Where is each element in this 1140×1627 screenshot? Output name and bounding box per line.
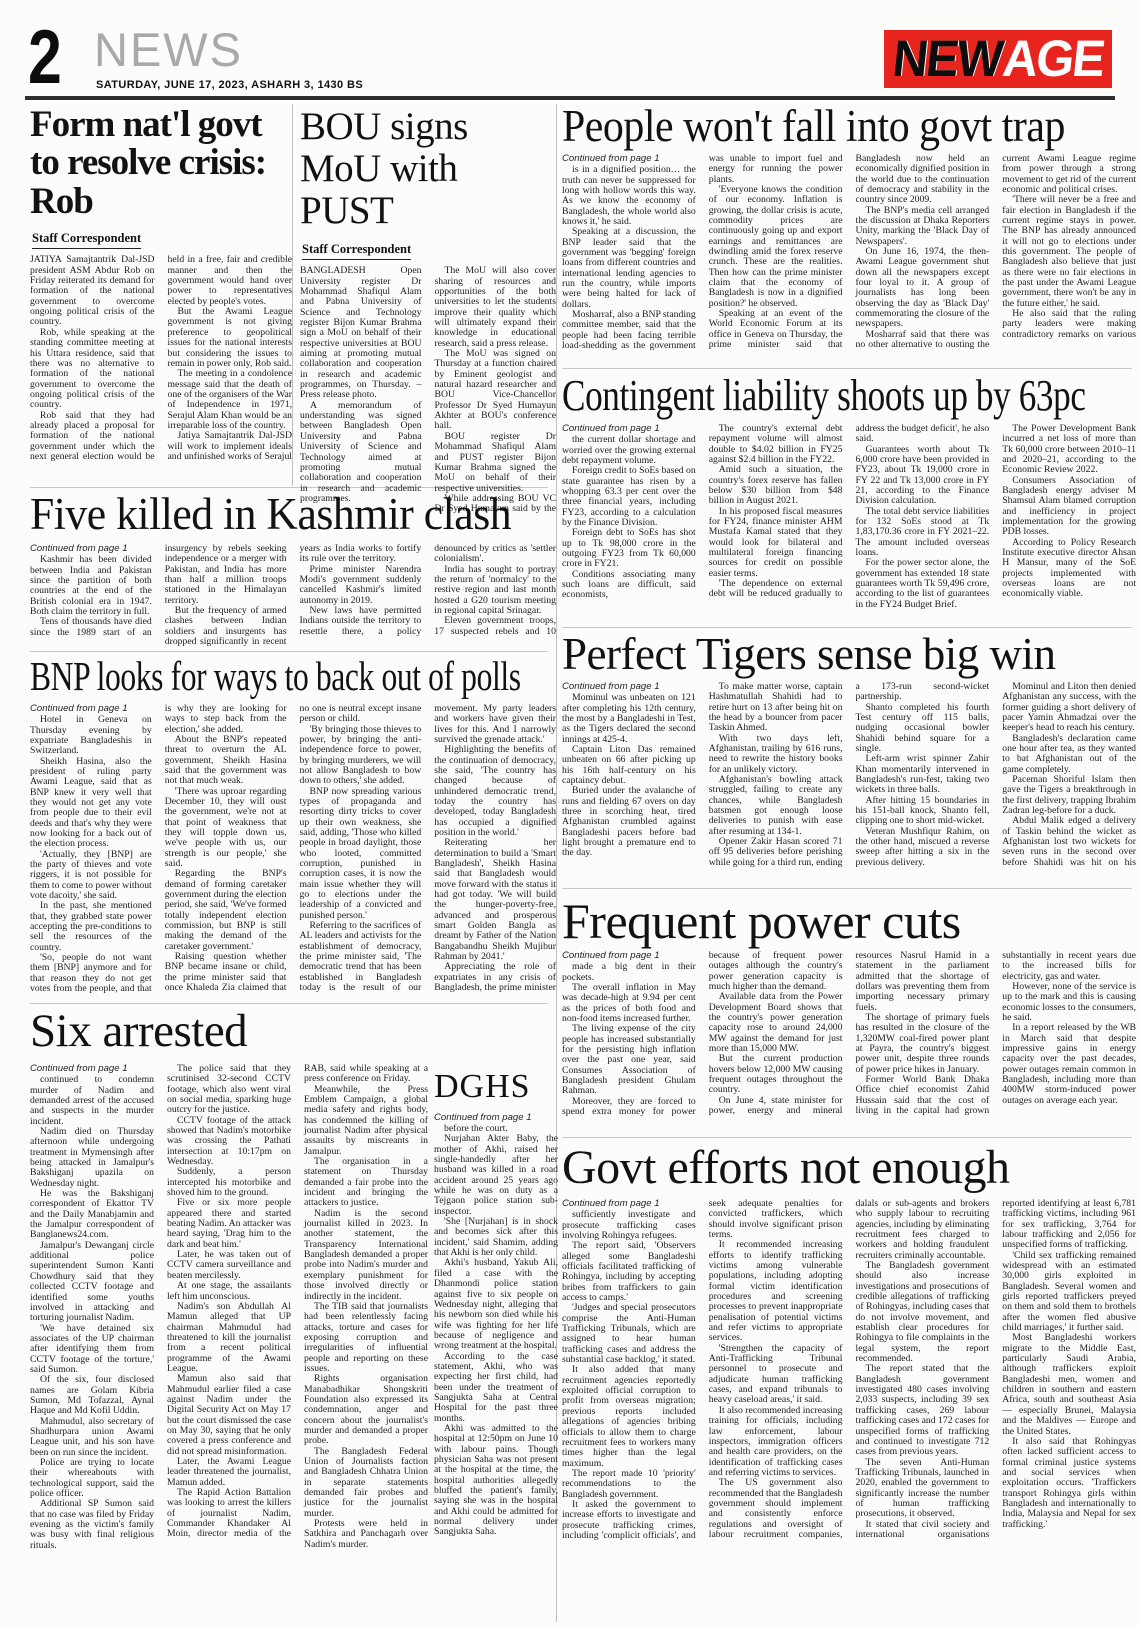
paragraph: It also said that Rohingyas often lacked… bbox=[1002, 1437, 1136, 1530]
separator bbox=[562, 368, 1132, 369]
byline: Staff Correspondent bbox=[32, 231, 141, 249]
paragraph: However, none of the service is up to th… bbox=[1002, 982, 1136, 1023]
paragraph: Nadim's son Abdullah Al Mamun alleged th… bbox=[167, 1302, 291, 1374]
paragraph: Bangladesh's declaration came one hour a… bbox=[1002, 734, 1136, 775]
date-line: SATURDAY, JUNE 17, 2023, ASHARH 3, 1430 … bbox=[96, 79, 363, 91]
paragraph: In a report released by the WB in March … bbox=[1002, 1023, 1136, 1106]
page-number: 2 bbox=[28, 20, 62, 96]
paragraph: According to Policy Research Institute e… bbox=[1002, 538, 1136, 600]
paragraph: Nadim died on Thursday afternoon while u… bbox=[30, 1127, 154, 1189]
paragraph: Later, he was taken out of CCTV camera s… bbox=[167, 1250, 291, 1281]
paragraph: sufficiently investigate and prosecute t… bbox=[562, 1210, 696, 1241]
paragraph: Buried under the avalanche of runs and f… bbox=[562, 786, 696, 858]
paragraph: the current dollar shortage and worried … bbox=[562, 435, 696, 466]
article-body: Continued from page 1 Mominul was unbeat… bbox=[562, 682, 1136, 876]
paragraph: The Bangladesh Federal Union of Journali… bbox=[304, 1447, 428, 1519]
paragraph: India has sought to portray the return o… bbox=[434, 565, 556, 617]
paragraph: JATIYA Samajtantrik Dal-JSD president AS… bbox=[30, 255, 155, 327]
paragraph: At one stage, the assailants left him un… bbox=[167, 1281, 291, 1302]
headline: Five killed in Kashmir clash bbox=[30, 492, 511, 538]
paragraph: Additional SP Sumon said that no case wa… bbox=[30, 1499, 154, 1551]
paragraph: The living expense of the city people ha… bbox=[562, 1024, 696, 1096]
paragraph: Hotel in Geneva on Thursday evening by e… bbox=[30, 715, 152, 756]
newspaper-page: 2 NEWS SATURDAY, JUNE 17, 2023, ASHARH 3… bbox=[0, 0, 1140, 1627]
paragraph: Nadim is the second journalist killed in… bbox=[304, 1209, 428, 1302]
paragraph: It also added that many recruitment agen… bbox=[562, 1365, 696, 1468]
headline: Six arrested bbox=[30, 1008, 428, 1056]
paragraph: Conditions associating many such loans a… bbox=[562, 570, 696, 601]
continued-note: Continued from page 1 bbox=[562, 154, 696, 164]
paragraph: On June 16, 1974, the then-Awami League … bbox=[856, 247, 990, 330]
article-form-natl-govt: Form nat'l govt to resolve crisis: Rob S… bbox=[30, 106, 292, 471]
paragraph: About the BNP's repeated threat to overt… bbox=[165, 735, 287, 787]
paragraph: The total debt service liabilities for 1… bbox=[856, 507, 990, 559]
paragraph: Police are trying to locate their wherea… bbox=[30, 1458, 154, 1499]
paragraph: Available data from the Power Developmen… bbox=[709, 992, 843, 1054]
continued-note: Continued from page 1 bbox=[562, 951, 696, 961]
paragraph: CCTV footage of the attack showed that N… bbox=[167, 1116, 291, 1168]
article-frequent-power-cuts: Frequent power cuts Continued from page … bbox=[562, 896, 1140, 1123]
paragraph: Nurjahan Akter Baby, the mother of Akhi,… bbox=[434, 1134, 558, 1217]
headline: Govt efforts not enough bbox=[562, 1144, 1140, 1193]
paragraph: Protests were held in Satkhira and Panch… bbox=[304, 1519, 428, 1550]
paragraph: The MoU was signed on Thursday at a func… bbox=[435, 349, 557, 432]
paragraph: BNP now spreading various types of propa… bbox=[300, 787, 422, 921]
separator bbox=[30, 1003, 548, 1004]
paragraph: is in a dignified position… the truth ca… bbox=[562, 165, 696, 227]
paragraph: 'Judges and special prosecutors comprise… bbox=[562, 1303, 696, 1365]
paragraph: The report said, 'Observers alleged some… bbox=[562, 1241, 696, 1303]
paragraph: The organisation in a statement on Thurs… bbox=[304, 1157, 428, 1209]
paragraph: The Bangladesh government should also in… bbox=[856, 1261, 990, 1364]
paragraph: For the power sector alone, the governme… bbox=[856, 558, 990, 610]
paragraph: Mominul and Liton then denied Afghanista… bbox=[1002, 682, 1136, 734]
paragraph: 'We have detained six associates of the … bbox=[30, 1324, 154, 1376]
paragraph: Consumers Association of Bangladesh ener… bbox=[1002, 476, 1136, 538]
paragraph: The MoU will also cover sharing of resou… bbox=[435, 266, 557, 349]
article-body: Continued from page 1 Kashmir has been d… bbox=[30, 544, 556, 648]
paragraph: 'Actually, they [BNP] are the party of t… bbox=[30, 850, 152, 902]
paragraph: Regarding the BNP's demand of forming ca… bbox=[165, 869, 287, 952]
article-body: Continued from page 1 made a big dent in… bbox=[562, 951, 1136, 1123]
paragraph: Shanto completed his fourth Test century… bbox=[856, 703, 990, 755]
paragraph: 'There will never be a free and fair ele… bbox=[1002, 195, 1136, 309]
article-contingent-liability: Contingent liability shoots up by 63pc C… bbox=[562, 374, 1140, 616]
logo-word-age: AGE bbox=[1000, 33, 1106, 84]
article-govt-efforts: Govt efforts not enough Continued from p… bbox=[562, 1144, 1140, 1609]
section-title: NEWS bbox=[94, 26, 243, 73]
paragraph: continued to condemn murder of Nadim and… bbox=[30, 1075, 154, 1127]
paragraph: Of the six, four disclosed names are Gol… bbox=[30, 1375, 154, 1416]
byline: Staff Correspondent bbox=[302, 242, 411, 260]
paragraph: made a big dent in their pockets. bbox=[562, 962, 696, 983]
article-body: BANGLADESH Open University register Dr M… bbox=[300, 266, 556, 524]
paragraph: The report made 10 'priority' recommenda… bbox=[562, 1469, 696, 1500]
paragraph: Akhi was admitted to the hospital at 12:… bbox=[434, 1424, 558, 1538]
continued-note: Continued from page 1 bbox=[30, 1064, 154, 1074]
article-body: Continued from page 1 before the court.N… bbox=[434, 1113, 558, 1599]
paragraph: Speaking at a discussion, the BNP leader… bbox=[562, 227, 696, 310]
paragraph: Amid such a situation, the country's for… bbox=[709, 465, 843, 506]
paragraph: Mahmudul, also secretary of Shadhurpara … bbox=[30, 1417, 154, 1458]
headline: Form nat'l govt to resolve crisis: Rob bbox=[30, 106, 292, 221]
headline: BNP looks for ways to back out of polls bbox=[30, 656, 521, 698]
paragraph: 'By bringing those thieves to power, by … bbox=[300, 725, 422, 787]
top-left-divider bbox=[292, 104, 293, 486]
paragraph: Sheikh Hasina, also the president of rul… bbox=[30, 757, 152, 850]
article-perfect-tigers: Perfect Tigers sense big win Continued f… bbox=[562, 632, 1140, 876]
article-body: Continued from page 1 the current dollar… bbox=[562, 424, 1136, 616]
paragraph: Foreign debt to SoEs has shot up to Tk 9… bbox=[562, 528, 696, 569]
article-body: Continued from page 1 is in a dignified … bbox=[562, 154, 1136, 360]
paragraph: The overall inflation in May was decade-… bbox=[562, 983, 696, 1024]
paragraph: According to the case statement, Akhi, w… bbox=[434, 1352, 558, 1424]
paragraph: It recommended increasing efforts to ide… bbox=[709, 1240, 843, 1343]
paragraph: In the past, she mentioned that, they gr… bbox=[30, 901, 152, 953]
paragraph: Rob, while speaking at the standing comm… bbox=[30, 328, 155, 411]
headline: DGHS bbox=[434, 1070, 558, 1105]
paragraph: The TIB said that journalists had been r… bbox=[304, 1302, 428, 1374]
paragraph: Suddenly, a person intercepted his motor… bbox=[167, 1167, 291, 1198]
paragraph: Mamun also said that Mahmudul earlier fi… bbox=[167, 1374, 291, 1457]
continued-note: Continued from page 1 bbox=[434, 1113, 558, 1123]
headline: Frequent power cuts bbox=[562, 896, 1140, 947]
paragraph: The report stated that the Bangladesh go… bbox=[856, 1364, 990, 1457]
paragraph: Paceman Shoriful Islam then gave the Tig… bbox=[1002, 775, 1136, 816]
logo-word-new: NEW bbox=[890, 33, 1004, 84]
paragraph: It also recommended increasing training … bbox=[709, 1406, 843, 1478]
article-bnp-back-out: BNP looks for ways to back out of polls … bbox=[30, 656, 558, 998]
paragraph: Prime minister Narendra Modi's governmen… bbox=[300, 565, 422, 606]
paragraph: The shortage of primary fuels has result… bbox=[856, 1013, 990, 1075]
separator bbox=[30, 651, 548, 652]
continued-note: Continued from page 1 bbox=[562, 1199, 696, 1209]
paragraph: 'Everyone knows the condition of our eco… bbox=[709, 185, 843, 309]
headline: Contingent liability shoots up by 63pc bbox=[562, 374, 1086, 419]
article-body: Continued from page 1 Hotel in Geneva on… bbox=[30, 704, 556, 998]
paragraph: He was the Bakshiganj correspondent of E… bbox=[30, 1189, 154, 1241]
paragraph: The country's external debt repayment vo… bbox=[709, 424, 843, 465]
paragraph: Most Bangladeshi workers migrate to the … bbox=[1002, 1333, 1136, 1436]
paragraph: But the Awami League government is not g… bbox=[168, 307, 293, 369]
paragraph: Highlighting the benefits of the continu… bbox=[434, 745, 556, 838]
paragraph: Reiterating her determination to build a… bbox=[434, 838, 556, 962]
paragraph: BANGLADESH Open University register Dr M… bbox=[300, 266, 422, 400]
article-six-arrested: Six arrested Continued from page 1 conti… bbox=[30, 1008, 428, 1612]
paragraph: Akhi's husband, Yakub Ali, filed a case … bbox=[434, 1258, 558, 1351]
article-bou-mou: BOU signs MoU with PUST Staff Correspond… bbox=[300, 106, 556, 524]
paragraph: Rights organisation Manabadhikar Shongsk… bbox=[304, 1374, 428, 1446]
separator bbox=[562, 627, 1132, 628]
paragraph: But the current production hovers below … bbox=[709, 1054, 843, 1095]
separator bbox=[562, 1137, 1132, 1138]
article-body: Continued from page 1 continued to conde… bbox=[30, 1064, 428, 1612]
paragraph: With two days left, Afghanistan, trailin… bbox=[709, 734, 843, 775]
headline: BOU signs MoU with PUST bbox=[300, 106, 556, 232]
paragraph: The seven Anti-Human Trafficking Tribuna… bbox=[856, 1458, 990, 1520]
headline: Perfect Tigers sense big win bbox=[562, 632, 1140, 678]
paragraph: The meeting in a condolence message said… bbox=[168, 369, 293, 431]
paragraph: Meanwhile, the Press Emblem Campaign, a … bbox=[304, 1085, 428, 1157]
continued-note: Continued from page 1 bbox=[30, 704, 152, 714]
paragraph: Foreign credit to SoEs based on state gu… bbox=[562, 466, 696, 528]
paragraph: Kashmir has been divided between India a… bbox=[30, 555, 152, 617]
paragraph: BOU register Dr Mohammad Shafiqul Alam a… bbox=[435, 432, 557, 494]
paragraph: In his proposed fiscal measures for FY24… bbox=[709, 507, 843, 579]
paragraph: Left-arm wrist spinner Zahir Khan moment… bbox=[856, 754, 990, 795]
paragraph: Five or six more people appeared there a… bbox=[167, 1198, 291, 1250]
paragraph: 'There was uproar regarding December 10,… bbox=[165, 787, 287, 870]
paragraph: The BNP's media cell arranged the discus… bbox=[856, 206, 990, 247]
continued-note: Continued from page 1 bbox=[562, 682, 696, 692]
paragraph: 'Child sex trafficking remained widespre… bbox=[1002, 1251, 1136, 1334]
paragraph: Afghanistan's bowling attack struggled, … bbox=[709, 775, 843, 837]
paragraph: Captain Liton Das remained unbeaten on 6… bbox=[562, 745, 696, 786]
newage-logo: NEWAGE bbox=[884, 30, 1112, 88]
article-body: Continued from page 1 sufficiently inves… bbox=[562, 1199, 1136, 1609]
article-kashmir-clash: Five killed in Kashmir clash Continued f… bbox=[30, 492, 558, 648]
article-people-wont-fall: People won't fall into govt trap Continu… bbox=[562, 104, 1140, 360]
header-rule bbox=[25, 96, 1115, 100]
paragraph: Veteran Mushfiqur Rahim, on the other ha… bbox=[856, 827, 990, 868]
continued-note: Continued from page 1 bbox=[562, 424, 696, 434]
paragraph: Guarantees worth about Tk 6,000 crore ha… bbox=[856, 445, 990, 507]
paragraph: The Power Development Bank incurred a ne… bbox=[1002, 424, 1136, 476]
separator bbox=[562, 888, 1132, 889]
headline: People won't fall into govt trap bbox=[562, 104, 1065, 150]
paragraph: Mominul was unbeaten on 121 after comple… bbox=[562, 693, 696, 745]
paragraph: 'She [Nurjahan] is in shock and becomes … bbox=[434, 1217, 558, 1258]
paragraph: To make matter worse, captain Hashmatull… bbox=[709, 682, 843, 734]
article-dghs: DGHS Continued from page 1 before the co… bbox=[434, 1070, 558, 1599]
paragraph: Later, the Awami League leader threatene… bbox=[167, 1457, 291, 1488]
paragraph: Jamalpur's Dewanganj circle additional p… bbox=[30, 1241, 154, 1324]
continued-note: Continued from page 1 bbox=[30, 544, 152, 554]
paragraph: After hitting 15 boundaries in his 151-b… bbox=[856, 796, 990, 827]
paragraph: 'Strengthen the capacity of Anti-Traffic… bbox=[709, 1344, 843, 1406]
article-body: JATIYA Samajtantrik Dal-JSD president AS… bbox=[30, 255, 292, 471]
paragraph: The police said that they scrutinised 32… bbox=[167, 1064, 291, 1116]
